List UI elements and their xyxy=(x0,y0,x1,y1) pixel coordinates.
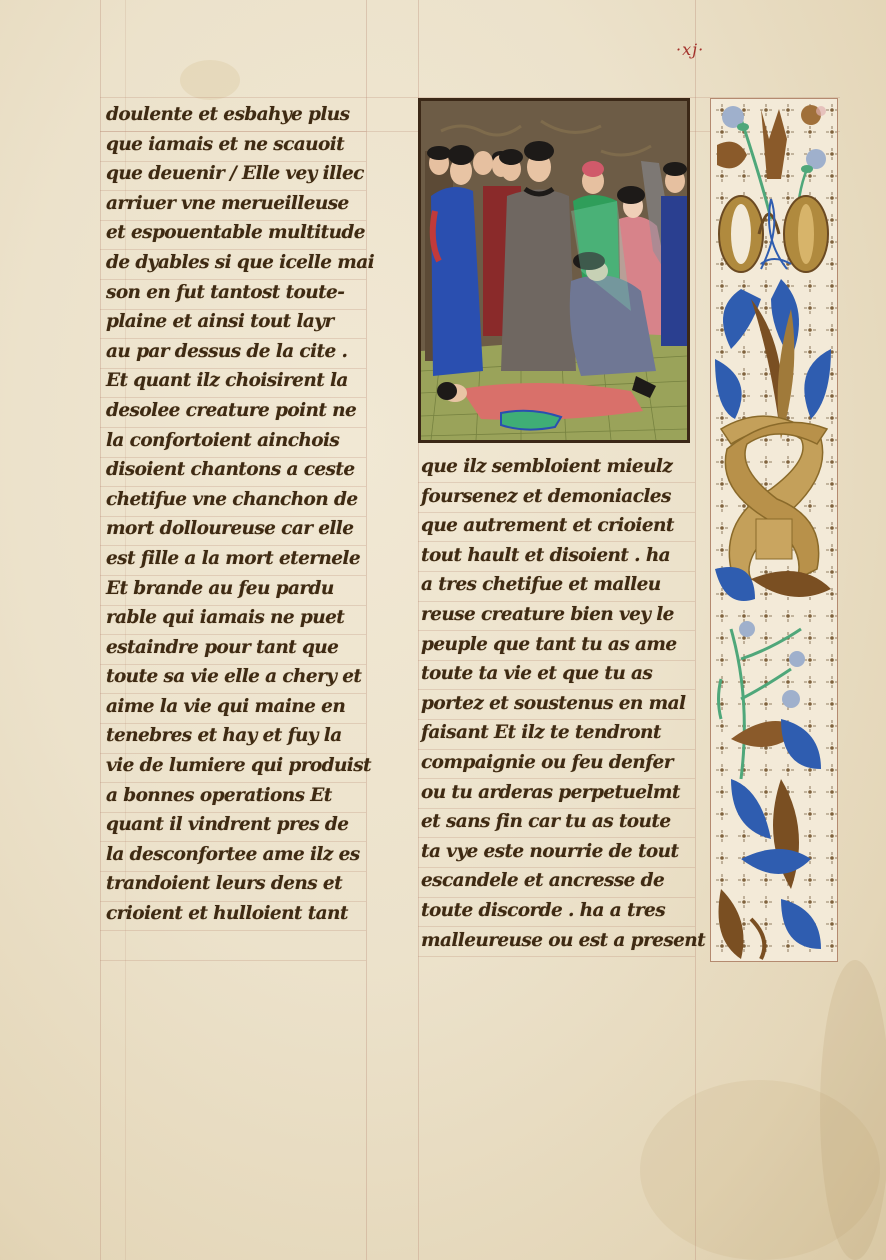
text-line: de dyables si que icelle mai xyxy=(106,248,376,278)
text-line: et espouentable multitude xyxy=(106,218,376,248)
parchment-stain xyxy=(820,960,886,1260)
miniature-painting xyxy=(418,98,690,443)
manuscript-page: ·xj· doulente et esbahye plusque iamais … xyxy=(0,0,886,1260)
text-line: escandele et ancresse de xyxy=(421,866,706,896)
parchment-stain xyxy=(180,60,240,100)
text-line: que autrement et crioient xyxy=(421,511,706,541)
text-line: est fille a la mort eternele xyxy=(106,544,376,574)
text-line: et sans fin car tu as toute xyxy=(421,807,706,837)
text-line: trandoient leurs dens et xyxy=(106,869,376,899)
text-line: plaine et ainsi tout layr xyxy=(106,307,376,337)
text-line: ou tu arderas perpetuelmt xyxy=(421,778,706,808)
text-line: vie de lumiere qui produist xyxy=(106,751,376,781)
text-line: a bonnes operations Et xyxy=(106,781,376,811)
text-line: disoient chantons a ceste xyxy=(106,455,376,485)
text-line: toute discorde . ha a tres xyxy=(421,896,706,926)
text-line: compaignie ou feu denfer xyxy=(421,748,706,778)
text-line: que iamais et ne scauoit xyxy=(106,130,376,160)
text-line: rable qui iamais ne puet xyxy=(106,603,376,633)
text-line: mort dolloureuse car elle xyxy=(106,514,376,544)
text-line: a tres chetifue et malleu xyxy=(421,570,706,600)
text-line: doulente et esbahye plus xyxy=(106,100,376,130)
folio-number: ·xj· xyxy=(676,40,704,59)
text-line: malleureuse ou est a present xyxy=(421,926,706,956)
text-line: aime la vie qui maine en xyxy=(106,692,376,722)
text-line: que deuenir / Elle vey illec xyxy=(106,159,376,189)
ruling-line-vertical xyxy=(100,0,101,1260)
text-line: chetifue vne chanchon de xyxy=(106,485,376,515)
text-line: tenebres et hay et fuy la xyxy=(106,721,376,751)
text-line: Et brande au feu pardu xyxy=(106,574,376,604)
text-line: arriuer vne merueilleuse xyxy=(106,189,376,219)
text-line: son en fut tantost toute- xyxy=(106,278,376,308)
text-line: estaindre pour tant que xyxy=(106,633,376,663)
text-line: foursenez et demoniacles xyxy=(421,482,706,512)
ruling-line-horizontal xyxy=(418,956,695,957)
text-line: que ilz sembloient mieulz xyxy=(421,452,706,482)
decorated-border xyxy=(710,98,838,962)
text-line: peuple que tant tu as ame xyxy=(421,630,706,660)
text-line: faisant Et ilz te tendront xyxy=(421,718,706,748)
text-line: tout hault et disoient . ha xyxy=(421,541,706,571)
text-line: ta vye este nourrie de tout xyxy=(421,837,706,867)
ruling-line-horizontal xyxy=(100,930,366,931)
text-line: au par dessus de la cite . xyxy=(106,337,376,367)
text-line: la confortoient ainchois xyxy=(106,426,376,456)
text-line: toute sa vie elle a chery et xyxy=(106,662,376,692)
text-line: desolee creature point ne xyxy=(106,396,376,426)
text-line: portez et soustenus en mal xyxy=(421,689,706,719)
left-text-column: doulente et esbahye plusque iamais et ne… xyxy=(106,100,376,929)
miniature-scene-illustration xyxy=(421,101,687,440)
text-line: crioient et hulloient tant xyxy=(106,899,376,929)
text-line: la desconfortee ame ilz es xyxy=(106,840,376,870)
text-line: Et quant ilz choisirent la xyxy=(106,366,376,396)
acanthus-border-illustration xyxy=(711,99,837,961)
ruling-line-horizontal xyxy=(100,960,366,961)
parchment-stain xyxy=(640,1080,880,1260)
right-text-column: que ilz sembloient mieulzfoursenez et de… xyxy=(421,452,706,955)
text-line: quant il vindrent pres de xyxy=(106,810,376,840)
text-line: toute ta vie et que tu as xyxy=(421,659,706,689)
text-line: reuse creature bien vey le xyxy=(421,600,706,630)
